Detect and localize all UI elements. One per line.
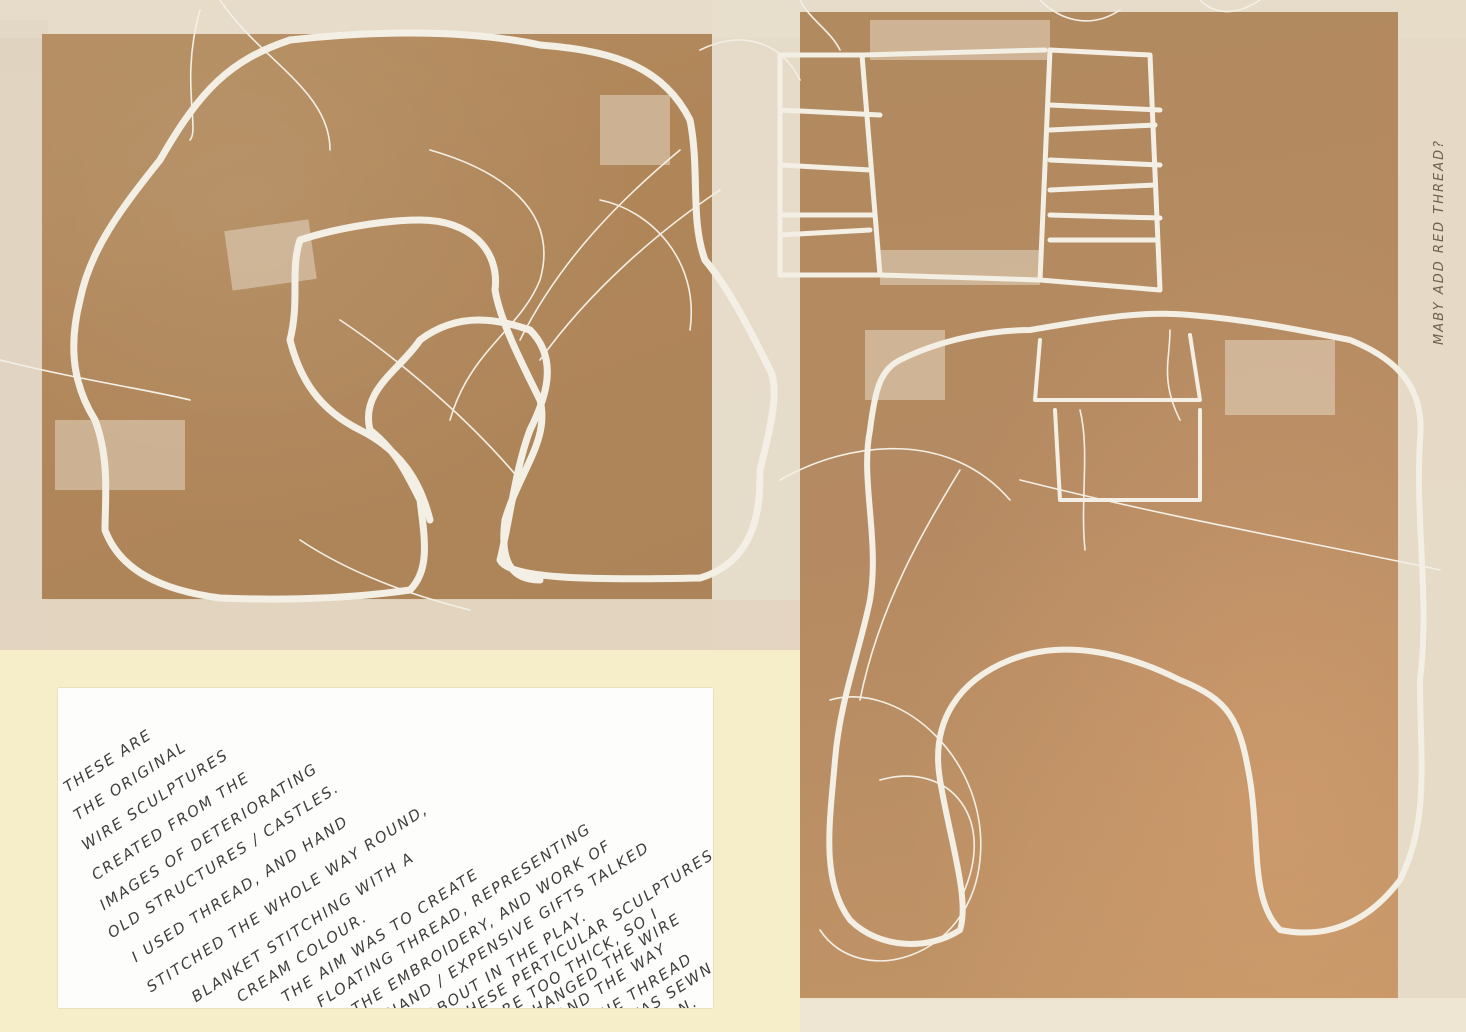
inner-arch-outline [1035,335,1200,500]
ladder-tower-frame [780,50,1160,290]
inner-castle-outline [290,220,542,580]
sketchbook-page: THESE ARE THE ORIGINAL WIRE SCULPTURES C… [0,0,1466,1032]
side-note: MABY ADD RED THREAD? [1432,139,1447,345]
annotation-note: THESE ARE THE ORIGINAL WIRE SCULPTURES C… [58,688,713,1008]
outer-castle-outline [74,33,774,599]
arch-with-window-outline [829,314,1423,944]
